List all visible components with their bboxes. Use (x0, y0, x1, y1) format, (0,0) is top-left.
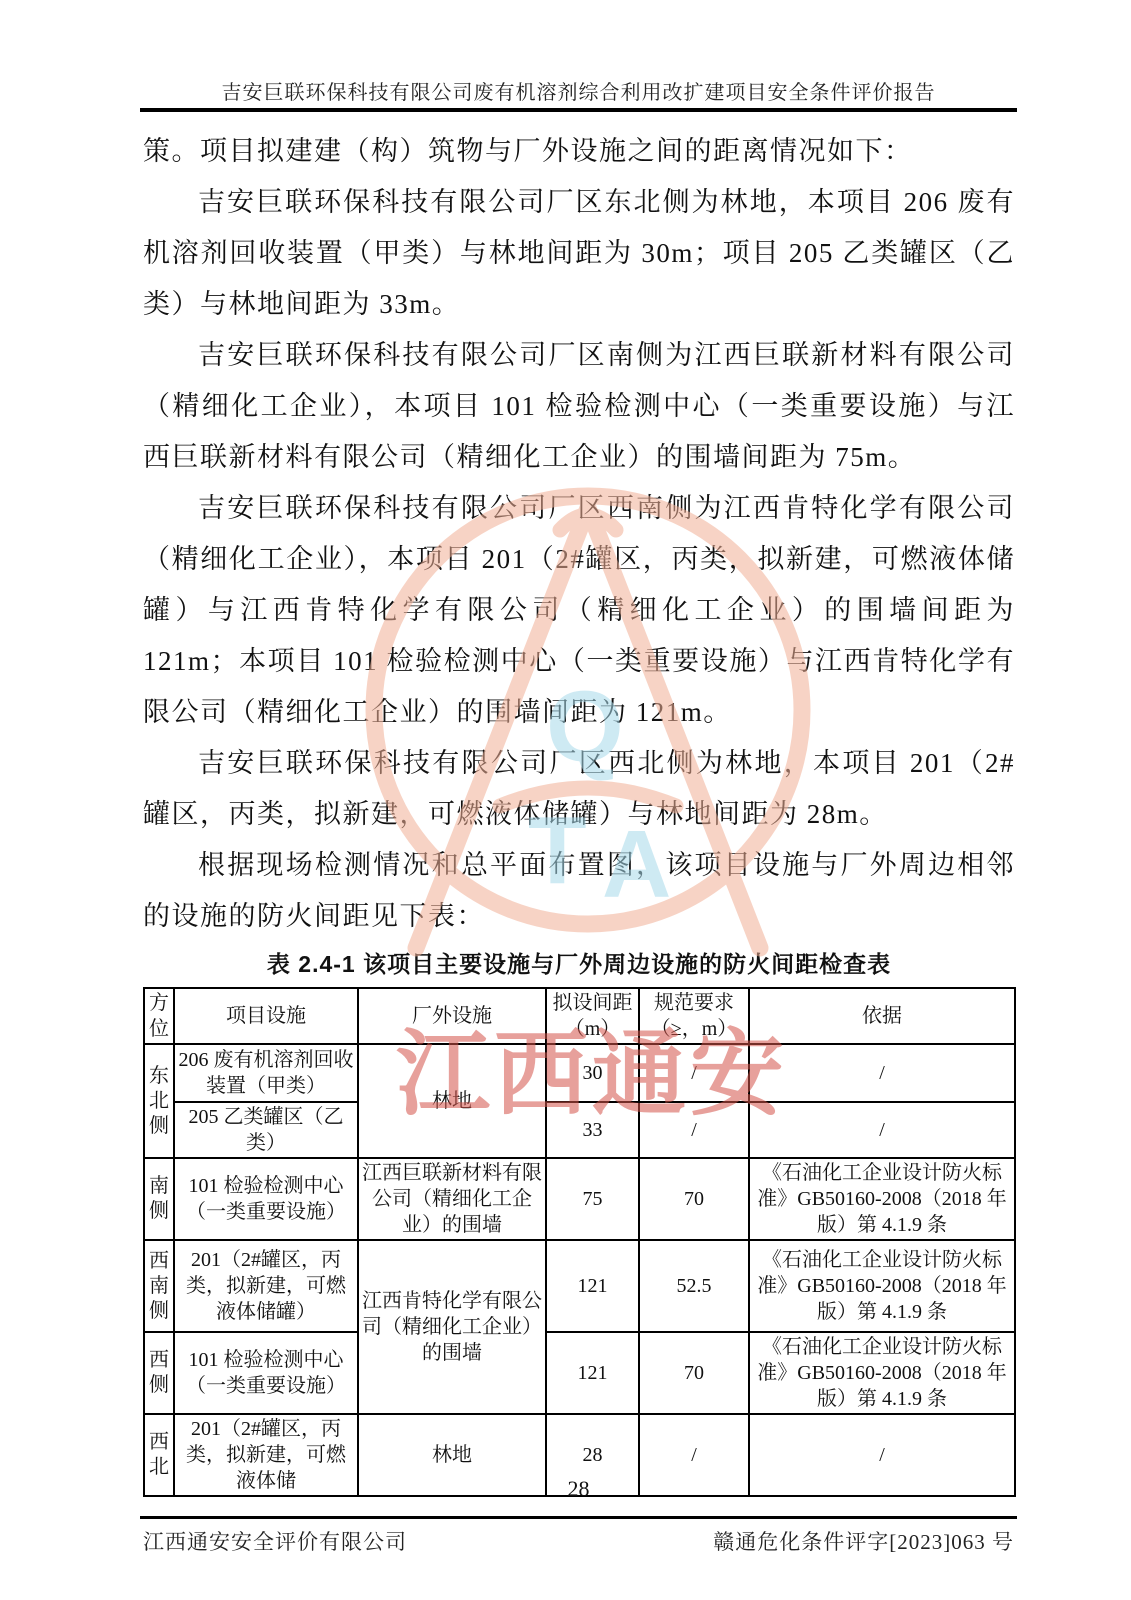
cell-direction: 西南侧 (144, 1240, 174, 1332)
page-footer: 江西通安安全评价有限公司 赣通危化条件评字[2023]063 号 (143, 1526, 1014, 1556)
footer-company: 江西通安安全评价有限公司 (143, 1526, 407, 1556)
col-header-required-distance: 规范要求 （≥，m） (639, 988, 749, 1044)
cell-required: / (639, 1044, 749, 1102)
cell-facility: 206 废有机溶剂回收装置（甲类） (174, 1044, 358, 1102)
cell-basis: / (749, 1102, 1015, 1158)
cell-distance: 121 (546, 1240, 639, 1332)
table-header-row: 方位 项目设施 厂外设施 拟设间距 （m） 规范要求 （≥，m） 依据 (144, 988, 1015, 1044)
paragraph-6: 根据现场检测情况和总平面布置图，该项目设施与厂外周边相邻的设施的防火间距见下表： (143, 840, 1015, 942)
cell-distance: 121 (546, 1332, 639, 1414)
cell-basis: 《石油化工企业设计防火标准》GB50160-2008（2018 年版）第 4.1… (749, 1240, 1015, 1332)
cell-facility: 205 乙类罐区（乙类） (174, 1102, 358, 1158)
col-header-planned-distance: 拟设间距 （m） (546, 988, 639, 1044)
table-row: 东北侧 206 废有机溶剂回收装置（甲类） 林地 30 / / (144, 1044, 1015, 1102)
cell-outside: 林地 (358, 1044, 546, 1158)
cell-facility: 101 检验检测中心（一类重要设施） (174, 1332, 358, 1414)
cell-required: 52.5 (639, 1240, 749, 1332)
paragraph-1: 策。项目拟建建（构）筑物与厂外设施之间的距离情况如下： (143, 126, 1015, 177)
cell-direction: 南侧 (144, 1158, 174, 1240)
cell-required: 70 (639, 1158, 749, 1240)
page-header-title: 吉安巨联环保科技有限公司废有机溶剂综合利用改扩建项目安全条件评价报告 (143, 76, 1014, 105)
document-page: 吉安巨联环保科技有限公司废有机溶剂综合利用改扩建项目安全条件评价报告 策。项目拟… (0, 0, 1131, 1600)
fire-distance-table-block: 表 2.4-1 该项目主要设施与厂外周边设施的防火间距检查表 方位 项目设施 厂… (143, 946, 1015, 1497)
page-number: 28 (143, 1476, 1014, 1502)
paragraph-3: 吉安巨联环保科技有限公司厂区南侧为江西巨联新材料有限公司（精细化工企业），本项目… (143, 330, 1015, 483)
table-row: 南侧 101 检验检测中心（一类重要设施） 江西巨联新材料有限公司（精细化工企业… (144, 1158, 1015, 1240)
cell-basis: 《石油化工企业设计防火标准》GB50160-2008（2018 年版）第 4.1… (749, 1332, 1015, 1414)
cell-distance: 33 (546, 1102, 639, 1158)
col-header-direction: 方位 (144, 988, 174, 1044)
table-title: 表 2.4-1 该项目主要设施与厂外周边设施的防火间距检查表 (143, 946, 1015, 979)
cell-outside: 江西巨联新材料有限公司（精细化工企业）的围墙 (358, 1158, 546, 1240)
cell-required: 70 (639, 1332, 749, 1414)
cell-distance: 75 (546, 1158, 639, 1240)
cell-direction: 东北侧 (144, 1044, 174, 1158)
cell-direction: 西侧 (144, 1332, 174, 1414)
table-row: 西侧 101 检验检测中心（一类重要设施） 121 70 《石油化工企业设计防火… (144, 1332, 1015, 1414)
cell-required: / (639, 1102, 749, 1158)
cell-basis: 《石油化工企业设计防火标准》GB50160-2008（2018 年版）第 4.1… (749, 1158, 1015, 1240)
body-text: 策。项目拟建建（构）筑物与厂外设施之间的距离情况如下： 吉安巨联环保科技有限公司… (143, 126, 1015, 942)
col-header-basis: 依据 (749, 988, 1015, 1044)
table-row: 205 乙类罐区（乙类） 33 / / (144, 1102, 1015, 1158)
col-header-facility: 项目设施 (174, 988, 358, 1044)
paragraph-2: 吉安巨联环保科技有限公司厂区东北侧为林地，本项目 206 废有机溶剂回收装置（甲… (143, 177, 1015, 330)
cell-facility: 201（2#罐区，丙类，拟新建，可燃液体储罐） (174, 1240, 358, 1332)
cell-facility: 101 检验检测中心（一类重要设施） (174, 1158, 358, 1240)
fire-distance-table: 方位 项目设施 厂外设施 拟设间距 （m） 规范要求 （≥，m） 依据 东北侧 … (143, 987, 1016, 1497)
footer-doc-number: 赣通危化条件评字[2023]063 号 (713, 1526, 1014, 1556)
cell-distance: 30 (546, 1044, 639, 1102)
table-row: 西南侧 201（2#罐区，丙类，拟新建，可燃液体储罐） 江西肯特化学有限公司（精… (144, 1240, 1015, 1332)
col-header-outside-facility: 厂外设施 (358, 988, 546, 1044)
footer-divider (140, 1516, 1017, 1519)
paragraph-5: 吉安巨联环保科技有限公司厂区西北侧为林地，本项目 201（2#罐区，丙类，拟新建… (143, 738, 1015, 840)
header-divider (140, 108, 1017, 112)
cell-basis: / (749, 1044, 1015, 1102)
paragraph-4: 吉安巨联环保科技有限公司厂区西南侧为江西肯特化学有限公司（精细化工企业），本项目… (143, 483, 1015, 738)
cell-outside: 江西肯特化学有限公司（精细化工企业）的围墙 (358, 1240, 546, 1414)
